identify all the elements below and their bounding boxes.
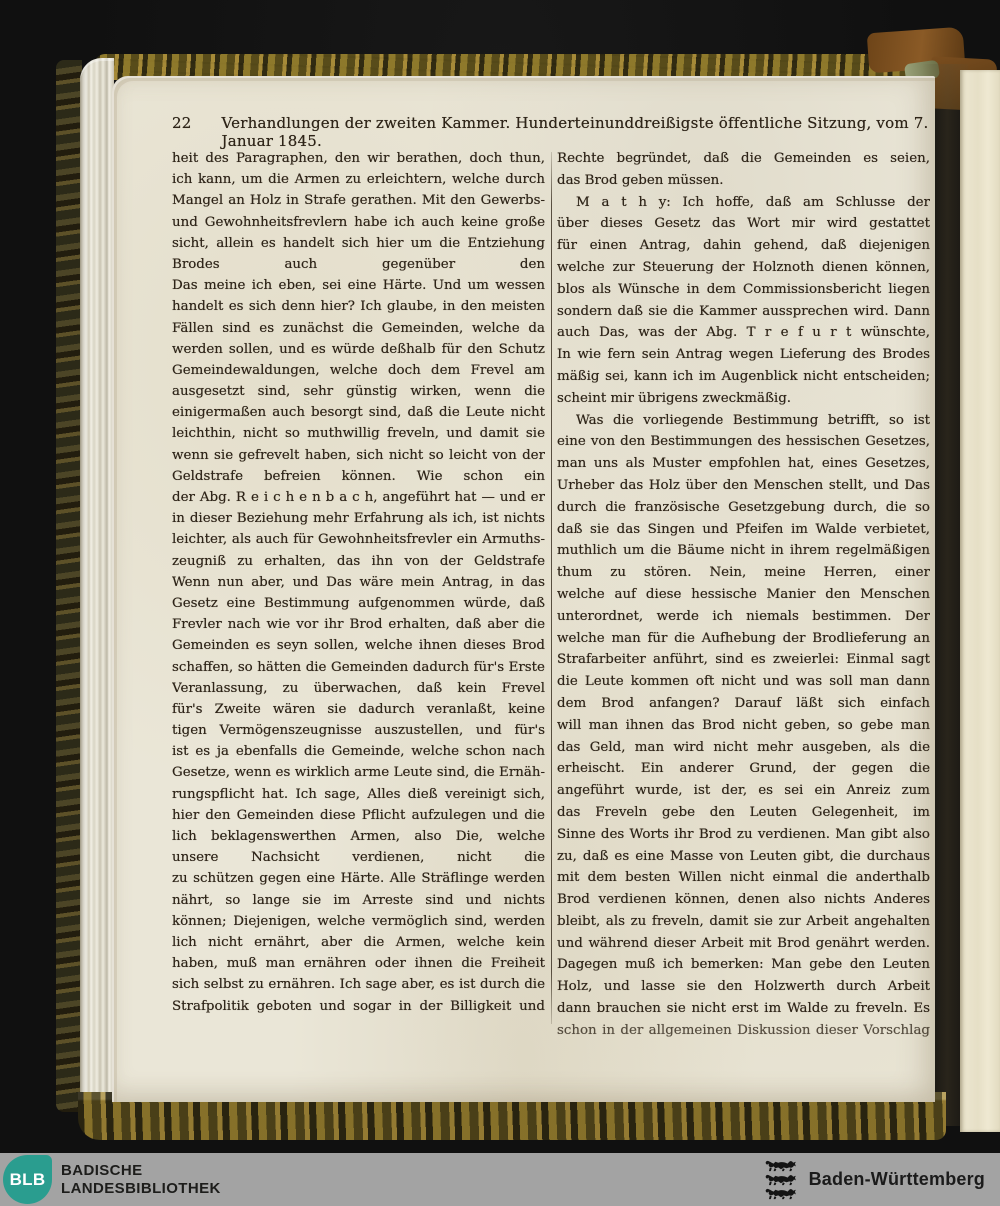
baden-wuerttemberg-coat-of-arms-icon [764, 1159, 798, 1200]
partner-name: Baden-Württemberg [809, 1169, 985, 1190]
text-line: M a t h y: Ich hoffe, daß am Schlusse de… [557, 192, 930, 214]
text-line: zu, daß es eine Masse von Leuten gibt, d… [557, 846, 930, 868]
text-line: der Abg. R e i c h e n b a c h, angeführ… [172, 487, 545, 508]
text-line: will man ihnen das Brod nicht geben, so … [557, 715, 930, 737]
text-line: lich beklagenswerthen Armen, also Die, w… [172, 826, 545, 847]
text-line: Was die vorliegende Bestimmung betrifft,… [557, 410, 930, 432]
text-line: und Gewohnheitsfrevlern habe ich auch ke… [172, 212, 545, 233]
text-line: muthlich um die Bäume nicht in ihrem reg… [557, 540, 930, 562]
text-line: leichter, als auch für Gewohnheitsfrevle… [172, 529, 545, 550]
text-line: das Freveln gebe den Leuten Gelegenheit,… [557, 802, 930, 824]
text-line: welche auf diese hessische Manier den Me… [557, 584, 930, 606]
text-line: Das meine ich eben, sei eine Härte. Und … [172, 275, 545, 296]
text-line: in dieser Beziehung mehr Erfahrung als i… [172, 508, 545, 529]
text-line: Gemeindewaldungen, welche doch dem Freve… [172, 360, 545, 381]
text-line: durch die französische Gesetzgebung durc… [557, 497, 930, 519]
text-line: Urheber das Holz über den Menschen stell… [557, 475, 930, 497]
text-line: blos als Wünsche in dem Commissionsberic… [557, 279, 930, 301]
text-line: welche zur Steuerung der Holznoth dienen… [557, 257, 930, 279]
text-line: dem Brod anfangen? Darauf läßt sich einf… [557, 693, 930, 715]
book-cover-edge [56, 60, 82, 1112]
page-stack-edges [80, 58, 114, 1112]
text-line: nährt, so lange sie im Arreste sind und … [172, 890, 545, 911]
text-line: sich selbst zu ernähren. Ich sage aber, … [172, 974, 545, 995]
text-line: für einen Antrag, dahin gehend, daß diej… [557, 235, 930, 257]
digitized-book-viewer: 22 Verhandlungen der zweiten Kammer. Hun… [0, 0, 1000, 1206]
text-line: und während dieser Arbeit mit Brod genäh… [557, 933, 930, 955]
text-line: daß sie das Singen und Pfeifen im Walde … [557, 519, 930, 541]
text-line: Geldstrafe befreien können. Wie schon ei… [172, 466, 545, 487]
text-line: das Geld, man wird nicht mehr ausgeben, … [557, 737, 930, 759]
text-line: sicht, allein es handelt sich hier um di… [172, 233, 545, 254]
text-line: Fällen sind es zunächst die Gemeinden, w… [172, 318, 545, 339]
library-name-line1: BADISCHE [61, 1162, 221, 1180]
text-line: ist es ja ebenfalls die Gemeinde, welche… [172, 741, 545, 762]
text-line: hier den Gemeinden diese Pflicht aufzule… [172, 805, 545, 826]
text-line: leichthin, nicht so muthwillig freveln, … [172, 423, 545, 444]
text-line: Veranlassung, zu überwachen, daß kein Fr… [172, 678, 545, 699]
text-line: Brodes auch gegenüber den Nichtgewohnhei… [172, 254, 545, 275]
scanned-page: 22 Verhandlungen der zweiten Kammer. Hun… [112, 76, 935, 1102]
text-line: Sinne des Worts ihr Brod zu verdienen. M… [557, 824, 930, 846]
text-line: Strafarbeiter anführt, sind es zweierlei… [557, 649, 930, 671]
text-line: wenn sie gefrevelt haben, sich nicht so … [172, 445, 545, 466]
text-line: heit des Paragraphen, den wir berathen, … [172, 148, 545, 169]
text-line: tigen Vermögenszeugnisse auszustellen, u… [172, 720, 545, 741]
facing-page-sliver [960, 70, 1000, 1132]
text-line: Rechte begründet, daß die Gemeinden es s… [557, 148, 930, 170]
book-scan: 22 Verhandlungen der zweiten Kammer. Hun… [0, 0, 1000, 1145]
text-line: können; Diejenigen, welche vermöglich si… [172, 911, 545, 932]
text-line: bleibt, als zu freveln, damit sie zur Ar… [557, 911, 930, 933]
right-text-column: Rechte begründet, daß die Gemeinden es s… [557, 148, 930, 1042]
text-line: lich nicht ernährt, aber die Armen, welc… [172, 932, 545, 953]
text-line: Gesetze, wenn es wirklich arme Leute sin… [172, 762, 545, 783]
library-branding: BLB BADISCHE LANDESBIBLIOTHEK [0, 1155, 221, 1204]
text-line: Frevler nach wie vor ihr Brod erhalten, … [172, 614, 545, 635]
state-branding: Baden-Württemberg [764, 1159, 985, 1200]
text-line: angeführt wurde, ist der, es sei ein Anr… [557, 780, 930, 802]
text-line: dann brauchen sie nicht erst im Walde zu… [557, 998, 930, 1020]
text-line: mit dem besten Willen nicht einmal die a… [557, 867, 930, 889]
text-line: rungspflicht hat. Ich sage, Alles dieß v… [172, 784, 545, 805]
text-line: mäßig sei, kann ich im Augenblick nicht … [557, 366, 930, 388]
text-line: Holz, und lasse sie den Holzwerth durch … [557, 976, 930, 998]
text-line: ausgesetzt sind, sehr günstig wirken, we… [172, 381, 545, 402]
left-text-column: heit des Paragraphen, den wir berathen, … [172, 148, 545, 1017]
text-line: thum zu stören. Nein, meine Herren, eine… [557, 562, 930, 584]
text-line: schon in der allgemeinen Diskussion dies… [557, 1020, 930, 1042]
library-name: BADISCHE LANDESBIBLIOTHEK [61, 1162, 221, 1197]
text-line: unterordnet, werde ich niemals bestimmen… [557, 606, 930, 628]
text-line: werden sollen, und es würde deßhalb für … [172, 339, 545, 360]
text-line: Strafpolitik geboten und sogar in der Bi… [172, 996, 545, 1017]
column-divider-rule [551, 152, 552, 1024]
text-line: sondern daß sie die Kammer aussprechen w… [557, 301, 930, 323]
text-line: erheischt. Ein anderer Grund, der gegen … [557, 758, 930, 780]
text-line: man uns als Muster empfohlen hat, eines … [557, 453, 930, 475]
text-line: welche man für die Aufhebung der Brodlie… [557, 628, 930, 650]
text-line: Mangel an Holz in Strafe gerathen. Mit d… [172, 190, 545, 211]
text-line: auch Das, was der Abg. T r e f u r t wün… [557, 322, 930, 344]
text-line: eine von den Bestimmungen des hessischen… [557, 431, 930, 453]
text-line: schaffen, so hätten die Gemeinden dadurc… [172, 657, 545, 678]
text-line: für's Zweite wären sie dadurch veranlaßt… [172, 699, 545, 720]
viewer-footer-bar: BLB BADISCHE LANDESBIBLIOTHEK Baden-Würt… [0, 1153, 1000, 1206]
library-name-line2: LANDESBIBLIOTHEK [61, 1180, 221, 1198]
text-line: handelt es sich denn hier? Ich glaube, i… [172, 296, 545, 317]
text-line: das Brod geben müssen. [557, 170, 930, 192]
text-line: einigermaßen auch besorgt sind, daß die … [172, 402, 545, 423]
text-line: zu schützen gegen eine Härte. Alle Sträf… [172, 868, 545, 889]
text-line: Wenn nun aber, und Das wäre mein Antrag,… [172, 572, 545, 593]
page-header: 22 Verhandlungen der zweiten Kammer. Hun… [172, 114, 932, 150]
text-line: die Leute kommen oft nicht und was soll … [557, 671, 930, 693]
page-number: 22 [172, 114, 192, 132]
text-line: unsere Nachsicht verdienen, nicht die Ge… [172, 847, 545, 868]
text-line: Gesetz eine Bestimmung aufgenommen würde… [172, 593, 545, 614]
text-line: Gemeinden es seyn sollen, welche ihnen d… [172, 635, 545, 656]
text-line: haben, muß man ernähren oder ihnen die F… [172, 953, 545, 974]
blb-logo-icon: BLB [3, 1155, 52, 1204]
text-line: Brod verdienen können, denen also nichts… [557, 889, 930, 911]
text-line: ich kann, um die Armen zu erleichtern, w… [172, 169, 545, 190]
text-line: scheint mir übrigens zweckmäßig. [557, 388, 930, 410]
text-line: über dieses Gesetz das Wort mir wird ges… [557, 213, 930, 235]
running-title: Verhandlungen der zweiten Kammer. Hunder… [222, 114, 933, 150]
text-line: In wie fern sein Antrag wegen Lieferung … [557, 344, 930, 366]
text-line: Dagegen muß ich bemerken: Man gebe den L… [557, 954, 930, 976]
text-line: zeugniß zu erhalten, das ihn von der Gel… [172, 551, 545, 572]
